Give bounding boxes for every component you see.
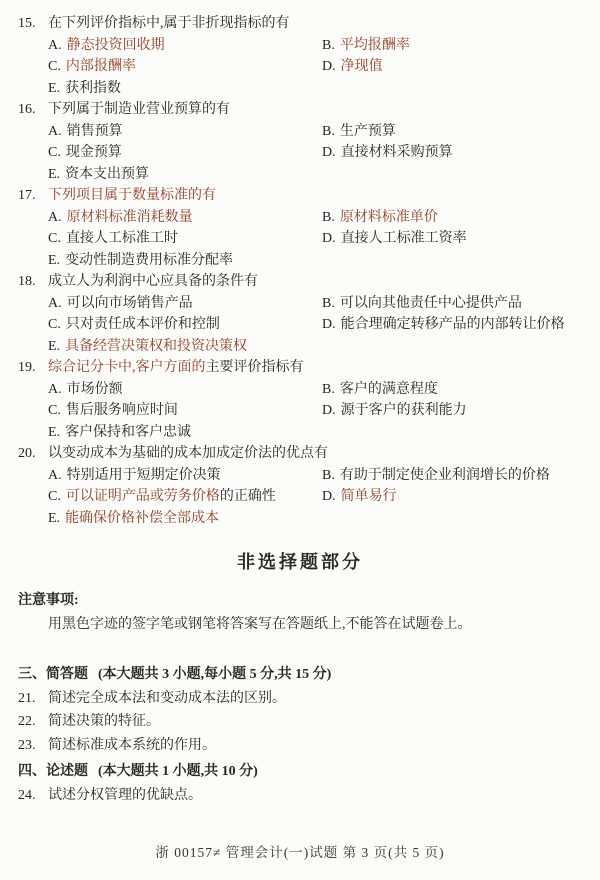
- option-row: C.售后服务响应时间D.源于客户的获利能力: [18, 400, 582, 422]
- question-stem-row: 15.在下列评价指标中,属于非折现指标的有: [18, 13, 582, 35]
- subjective-question: 23.简述标准成本系统的作用。: [18, 734, 582, 758]
- option-letter: D.: [322, 317, 336, 332]
- option-row: A.原材料标准消耗数量B.原材料标准单价: [18, 207, 582, 229]
- option-text: 内部报酬率: [66, 59, 136, 74]
- option-letter: A.: [48, 296, 62, 311]
- option-text: 售后服务响应时间: [66, 403, 178, 418]
- question-number: 22.: [18, 710, 48, 734]
- option-letter: D.: [322, 145, 336, 160]
- question-stem: 成立人为利润中心应具备的条件有: [48, 271, 582, 293]
- option-row: C.内部报酬率D.净现值: [18, 56, 582, 78]
- option: B.原材料标准单价: [322, 207, 582, 229]
- question: 18.成立人为利润中心应具备的条件有A.可以向市场销售产品B.可以向其他责任中心…: [18, 271, 582, 357]
- question-text: 试述分权管理的优缺点。: [48, 784, 202, 808]
- question: 20.以变动成本为基础的成本加成定价法的优点有A.特别适用于短期定价决策B.有助…: [18, 443, 582, 529]
- option-letter: C.: [48, 317, 61, 332]
- section-heading-detail: (本大题共 3 小题,每小题 5 分,共 15 分): [98, 667, 331, 682]
- question-stem: 下列项目属于数量标准的有: [48, 185, 582, 207]
- option-letter: A.: [48, 468, 62, 483]
- option: B.可以向其他责任中心提供产品: [322, 293, 582, 315]
- option-letter: B.: [322, 468, 335, 483]
- option-text: 有助于制定使企业利润增长的价格: [340, 468, 550, 483]
- option-row: A.市场份额B.客户的满意程度: [18, 379, 582, 401]
- question-number: 19.: [18, 357, 48, 379]
- stem-segment: 综合记分卡中,客户方面的: [48, 360, 206, 375]
- option-letter: A.: [48, 124, 62, 139]
- multiple-choice-area: 15.在下列评价指标中,属于非折现指标的有A.静态投资回收期B.平均报酬率C.内…: [18, 13, 582, 529]
- question-stem-row: 19.综合记分卡中,客户方面的主要评价指标有: [18, 357, 582, 379]
- question-stem-row: 16.下列属于制造业营业预算的有: [18, 99, 582, 121]
- question-text: 简述决策的特征。: [48, 710, 160, 734]
- question: 15.在下列评价指标中,属于非折现指标的有A.静态投资回收期B.平均报酬率C.内…: [18, 13, 582, 99]
- subjective-question: 24.试述分权管理的优缺点。: [18, 784, 582, 808]
- option-text: 市场份额: [67, 382, 123, 397]
- option-row: C.直接人工标准工时D.直接人工标准工资率: [18, 228, 582, 250]
- question-stem: 下列属于制造业营业预算的有: [48, 99, 582, 121]
- option-letter: B.: [322, 210, 335, 225]
- section-title: 非选择题部分: [18, 550, 582, 574]
- option-letter: E.: [48, 425, 60, 440]
- option-text: 静态投资回收期: [67, 38, 165, 53]
- section-heading-label: 三、简答题: [18, 667, 88, 682]
- option-row: C.只对责任成本评价和控制D.能合理确定转移产品的内部转让价格: [18, 314, 582, 336]
- option: A.特别适用于短期定价决策: [48, 465, 322, 487]
- option: A.可以向市场销售产品: [48, 293, 322, 315]
- question: 17.下列项目属于数量标准的有A.原材料标准消耗数量B.原材料标准单价C.直接人…: [18, 185, 582, 271]
- option: A.销售预算: [48, 121, 322, 143]
- option-text: 销售预算: [67, 124, 123, 139]
- option-text: 能确保价格补偿全部成本: [65, 511, 219, 526]
- option: B.平均报酬率: [322, 35, 582, 57]
- question-number: 21.: [18, 687, 48, 711]
- option-text: 原材料标准消耗数量: [67, 210, 193, 225]
- option: E.具备经营决策权和投资决策权: [48, 336, 322, 358]
- option-row: A.特别适用于短期定价决策B.有助于制定使企业利润增长的价格: [18, 465, 582, 487]
- option-letter: B.: [322, 382, 335, 397]
- option-letter: E.: [48, 81, 60, 96]
- option: D.能合理确定转移产品的内部转让价格: [322, 314, 582, 336]
- option-letter: D.: [322, 489, 336, 504]
- option-row: A.销售预算B.生产预算: [18, 121, 582, 143]
- option-text: 源于客户的获利能力: [341, 403, 467, 418]
- option-letter: C.: [48, 231, 61, 246]
- question-stem: 综合记分卡中,客户方面的主要评价指标有: [48, 357, 582, 379]
- option-text: 直接材料采购预算: [341, 145, 453, 160]
- question-stem-row: 17.下列项目属于数量标准的有: [18, 185, 582, 207]
- option-text: 直接人工标准工时: [66, 231, 178, 246]
- question: 19.综合记分卡中,客户方面的主要评价指标有A.市场份额B.客户的满意程度C.售…: [18, 357, 582, 443]
- option-letter: E.: [48, 253, 60, 268]
- option-text: 特别适用于短期定价决策: [67, 468, 221, 483]
- option-text: 变动性制造费用标准分配率: [65, 253, 233, 268]
- subjective-question: 21.简述完全成本法和变动成本法的区别。: [18, 687, 582, 711]
- option-text: 的正确性: [220, 489, 276, 504]
- option-letter: A.: [48, 382, 62, 397]
- option-text: 平均报酬率: [340, 38, 410, 53]
- option-letter: D.: [322, 403, 336, 418]
- section-heading-label: 四、论述题: [18, 764, 88, 779]
- option-row: E.客户保持和客户忠诚: [18, 422, 582, 444]
- option-letter: A.: [48, 38, 62, 53]
- option: E.客户保持和客户忠诚: [48, 422, 322, 444]
- question-number: 18.: [18, 271, 48, 293]
- option-text: 只对责任成本评价和控制: [66, 317, 220, 332]
- option-letter: E.: [48, 511, 60, 526]
- stem-segment: 在下列评价指标中,属于非折现指标的有: [48, 16, 290, 31]
- option-letter: E.: [48, 339, 60, 354]
- option-letter: B.: [322, 296, 335, 311]
- notice-label: 注意事项:: [18, 589, 582, 613]
- section-heading: 三、简答题(本大题共 3 小题,每小题 5 分,共 15 分): [18, 663, 582, 687]
- option-row: E.获利指数: [18, 78, 582, 100]
- option-letter: C.: [48, 403, 61, 418]
- option-row: E.能确保价格补偿全部成本: [18, 508, 582, 530]
- option: C.可以证明产品或劳务价格的正确性: [48, 486, 322, 508]
- section-heading: 四、论述题(本大题共 1 小题,共 10 分): [18, 760, 582, 784]
- option-text: 可以向市场销售产品: [67, 296, 193, 311]
- option-text: 可以证明产品或劳务价格: [66, 489, 220, 504]
- option: A.静态投资回收期: [48, 35, 322, 57]
- option-row: C.可以证明产品或劳务价格的正确性D.简单易行: [18, 486, 582, 508]
- option: D.简单易行: [322, 486, 582, 508]
- option-letter: B.: [322, 124, 335, 139]
- question: 16.下列属于制造业营业预算的有A.销售预算B.生产预算C.现金预算D.直接材料…: [18, 99, 582, 185]
- option-text: 能合理确定转移产品的内部转让价格: [341, 317, 565, 332]
- question-number: 16.: [18, 99, 48, 121]
- option: C.内部报酬率: [48, 56, 322, 78]
- option-letter: A.: [48, 210, 62, 225]
- option-text: 生产预算: [340, 124, 396, 139]
- stem-segment: 下列项目属于数量标准的有: [48, 188, 216, 203]
- option: A.市场份额: [48, 379, 322, 401]
- option-row: A.可以向市场销售产品B.可以向其他责任中心提供产品: [18, 293, 582, 315]
- option-text: 资本支出预算: [65, 167, 149, 182]
- stem-segment: 成立人为利润中心应具备的条件有: [48, 274, 258, 289]
- question-stem: 在下列评价指标中,属于非折现指标的有: [48, 13, 582, 35]
- option: E.变动性制造费用标准分配率: [48, 250, 322, 272]
- option-letter: D.: [322, 59, 336, 74]
- question-stem: 以变动成本为基础的成本加成定价法的优点有: [48, 443, 582, 465]
- option: E.能确保价格补偿全部成本: [48, 508, 322, 530]
- option: B.有助于制定使企业利润增长的价格: [322, 465, 582, 487]
- option: B.生产预算: [322, 121, 582, 143]
- option: D.直接材料采购预算: [322, 142, 582, 164]
- option-row: C.现金预算D.直接材料采购预算: [18, 142, 582, 164]
- option-text: 净现值: [341, 59, 383, 74]
- stem-segment: 以变动成本为基础的成本加成定价法的优点有: [48, 446, 328, 461]
- option: D.净现值: [322, 56, 582, 78]
- question-number: 17.: [18, 185, 48, 207]
- question-stem-row: 18.成立人为利润中心应具备的条件有: [18, 271, 582, 293]
- notice-text: 用黑色字迹的签字笔或钢笔将答案写在答题纸上,不能答在试题卷上。: [18, 613, 582, 637]
- option: E.获利指数: [48, 78, 322, 100]
- option: C.只对责任成本评价和控制: [48, 314, 322, 336]
- option-text: 可以向其他责任中心提供产品: [340, 296, 522, 311]
- stem-segment: 下列属于制造业营业预算的有: [48, 102, 230, 117]
- option: E.资本支出预算: [48, 164, 322, 186]
- question-number: 23.: [18, 734, 48, 758]
- question-text: 简述标准成本系统的作用。: [48, 734, 216, 758]
- question-text: 简述完全成本法和变动成本法的区别。: [48, 687, 286, 711]
- option: D.直接人工标准工资率: [322, 228, 582, 250]
- option-text: 简单易行: [341, 489, 397, 504]
- option-text: 直接人工标准工资率: [341, 231, 467, 246]
- subjective-area: 三、简答题(本大题共 3 小题,每小题 5 分,共 15 分)21.简述完全成本…: [18, 663, 582, 807]
- option-letter: C.: [48, 489, 61, 504]
- option: D.源于客户的获利能力: [322, 400, 582, 422]
- option-text: 现金预算: [66, 145, 122, 160]
- option-text: 具备经营决策权和投资决策权: [65, 339, 247, 354]
- option-text: 原材料标准单价: [340, 210, 438, 225]
- question-stem-row: 20.以变动成本为基础的成本加成定价法的优点有: [18, 443, 582, 465]
- page-footer: 浙 00157≠ 管理会计(一)试题 第 3 页(共 5 页): [0, 841, 600, 861]
- option: A.原材料标准消耗数量: [48, 207, 322, 229]
- question-number: 15.: [18, 13, 48, 35]
- stem-segment: 主要评价指标有: [206, 360, 304, 375]
- question-number: 24.: [18, 784, 48, 808]
- subjective-question: 22.简述决策的特征。: [18, 710, 582, 734]
- option-row: A.静态投资回收期B.平均报酬率: [18, 35, 582, 57]
- option-letter: E.: [48, 167, 60, 182]
- option-text: 客户保持和客户忠诚: [65, 425, 191, 440]
- option: C.现金预算: [48, 142, 322, 164]
- option: C.直接人工标准工时: [48, 228, 322, 250]
- option-row: E.具备经营决策权和投资决策权: [18, 336, 582, 358]
- section-heading-detail: (本大题共 1 小题,共 10 分): [98, 764, 258, 779]
- option-text: 客户的满意程度: [340, 382, 438, 397]
- question-number: 20.: [18, 443, 48, 465]
- option-letter: C.: [48, 145, 61, 160]
- option-row: E.资本支出预算: [18, 164, 582, 186]
- option: B.客户的满意程度: [322, 379, 582, 401]
- exam-page: 15.在下列评价指标中,属于非折现指标的有A.静态投资回收期B.平均报酬率C.内…: [0, 0, 600, 880]
- option-letter: B.: [322, 38, 335, 53]
- option-letter: D.: [322, 231, 336, 246]
- option-text: 获利指数: [65, 81, 121, 96]
- option-letter: C.: [48, 59, 61, 74]
- option-row: E.变动性制造费用标准分配率: [18, 250, 582, 272]
- notice-block: 注意事项: 用黑色字迹的签字笔或钢笔将答案写在答题纸上,不能答在试题卷上。: [18, 589, 582, 637]
- option: C.售后服务响应时间: [48, 400, 322, 422]
